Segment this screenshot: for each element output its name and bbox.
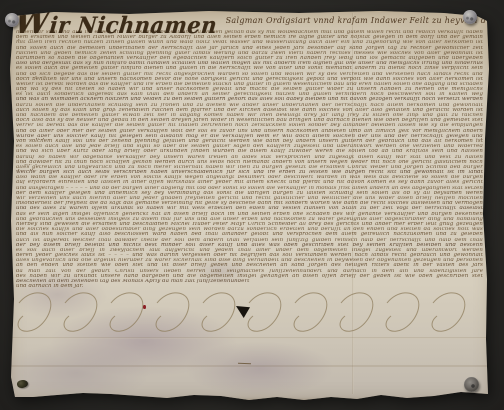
script-line: weiter ist beredt worden das die kauffer… xyxy=(16,82,483,87)
opening-line-script: Salgman Ordigsiart vnnd krafam Indawer F… xyxy=(226,9,485,32)
script-line: wurde aber uns solcher kauff nit gelegen… xyxy=(16,134,483,139)
script-line: die solches kauffs und aller obbestimbte… xyxy=(16,227,483,232)
script-line: es sollen auch alle und jede brieff und … xyxy=(16,144,483,149)
script-line: und ausgetragen – – – – – und ob der bür… xyxy=(16,186,483,191)
script-line: und ob sich begebe das die selben gütter… xyxy=(16,72,483,77)
script-line: alles ungevarlich und one argelist hierü… xyxy=(16,258,483,263)
script-line: es ist auch sonderlich abgeredt das kain… xyxy=(16,92,483,97)
photo-background: Wir Nichnamen Salgman Ordigsiart vnnd kr… xyxy=(0,0,504,410)
pin-bottom-right xyxy=(464,377,479,392)
script-line: darzu sollen die underthanen schuldig se… xyxy=(16,103,483,108)
pin-top-left xyxy=(5,13,19,27)
script-line: verrer ist beredt das die kauffer die se… xyxy=(16,124,483,129)
scratch-mark xyxy=(238,363,251,365)
parchment: Wir Nichnamen Salgman Ordigsiart vnnd kr… xyxy=(9,9,491,400)
script-line: darauf so haben wir obgenante verkauffer… xyxy=(16,155,483,160)
script-line: und gebrauchen uns desselben insigels zu… xyxy=(16,217,483,222)
script-line: da man zalt von der geburt Christi unser… xyxy=(16,269,483,274)
parchment-shadow: Wir Nichnamen Salgman Ordigsiart vnnd kr… xyxy=(9,9,491,400)
script-line: wir verzeihen uns auch hierinn aller und… xyxy=(16,196,483,201)
script-line: also und dergestalt das sy nun hinfüro d… xyxy=(16,61,483,66)
red-ink-speck xyxy=(143,305,146,309)
opening-words: Wir Nichnamen xyxy=(13,9,219,38)
dark-seal-remnant xyxy=(16,379,28,389)
script-line: und nachdem die bemelten gütter etwan ze… xyxy=(16,113,483,118)
script-line: raichen und geben nemlich zehen schillin… xyxy=(16,51,483,56)
script-line: also wann die kauffer oder ire erben von… xyxy=(16,175,483,180)
script-line: alles getreulich und ungevarlich und zu … xyxy=(16,165,483,170)
charter-heading: Wir Nichnamen Salgman Ordigsiart vnnd kr… xyxy=(16,9,485,37)
script-line: und des alles zu warem offem urkundt so … xyxy=(16,207,483,212)
script-line: mit allen iren rechten nutzen zinsen gül… xyxy=(16,41,483,46)
script-line: auch ist abgeredt welcher thail dawider … xyxy=(16,238,483,243)
fold-crease-horizontal-2 xyxy=(11,365,488,367)
manuscript-text-block: haben für sich und alle ire erben und na… xyxy=(16,30,483,289)
pin-top-right xyxy=(463,10,477,24)
script-line: es soll auch diser brieff in zweyfachem … xyxy=(16,248,483,253)
